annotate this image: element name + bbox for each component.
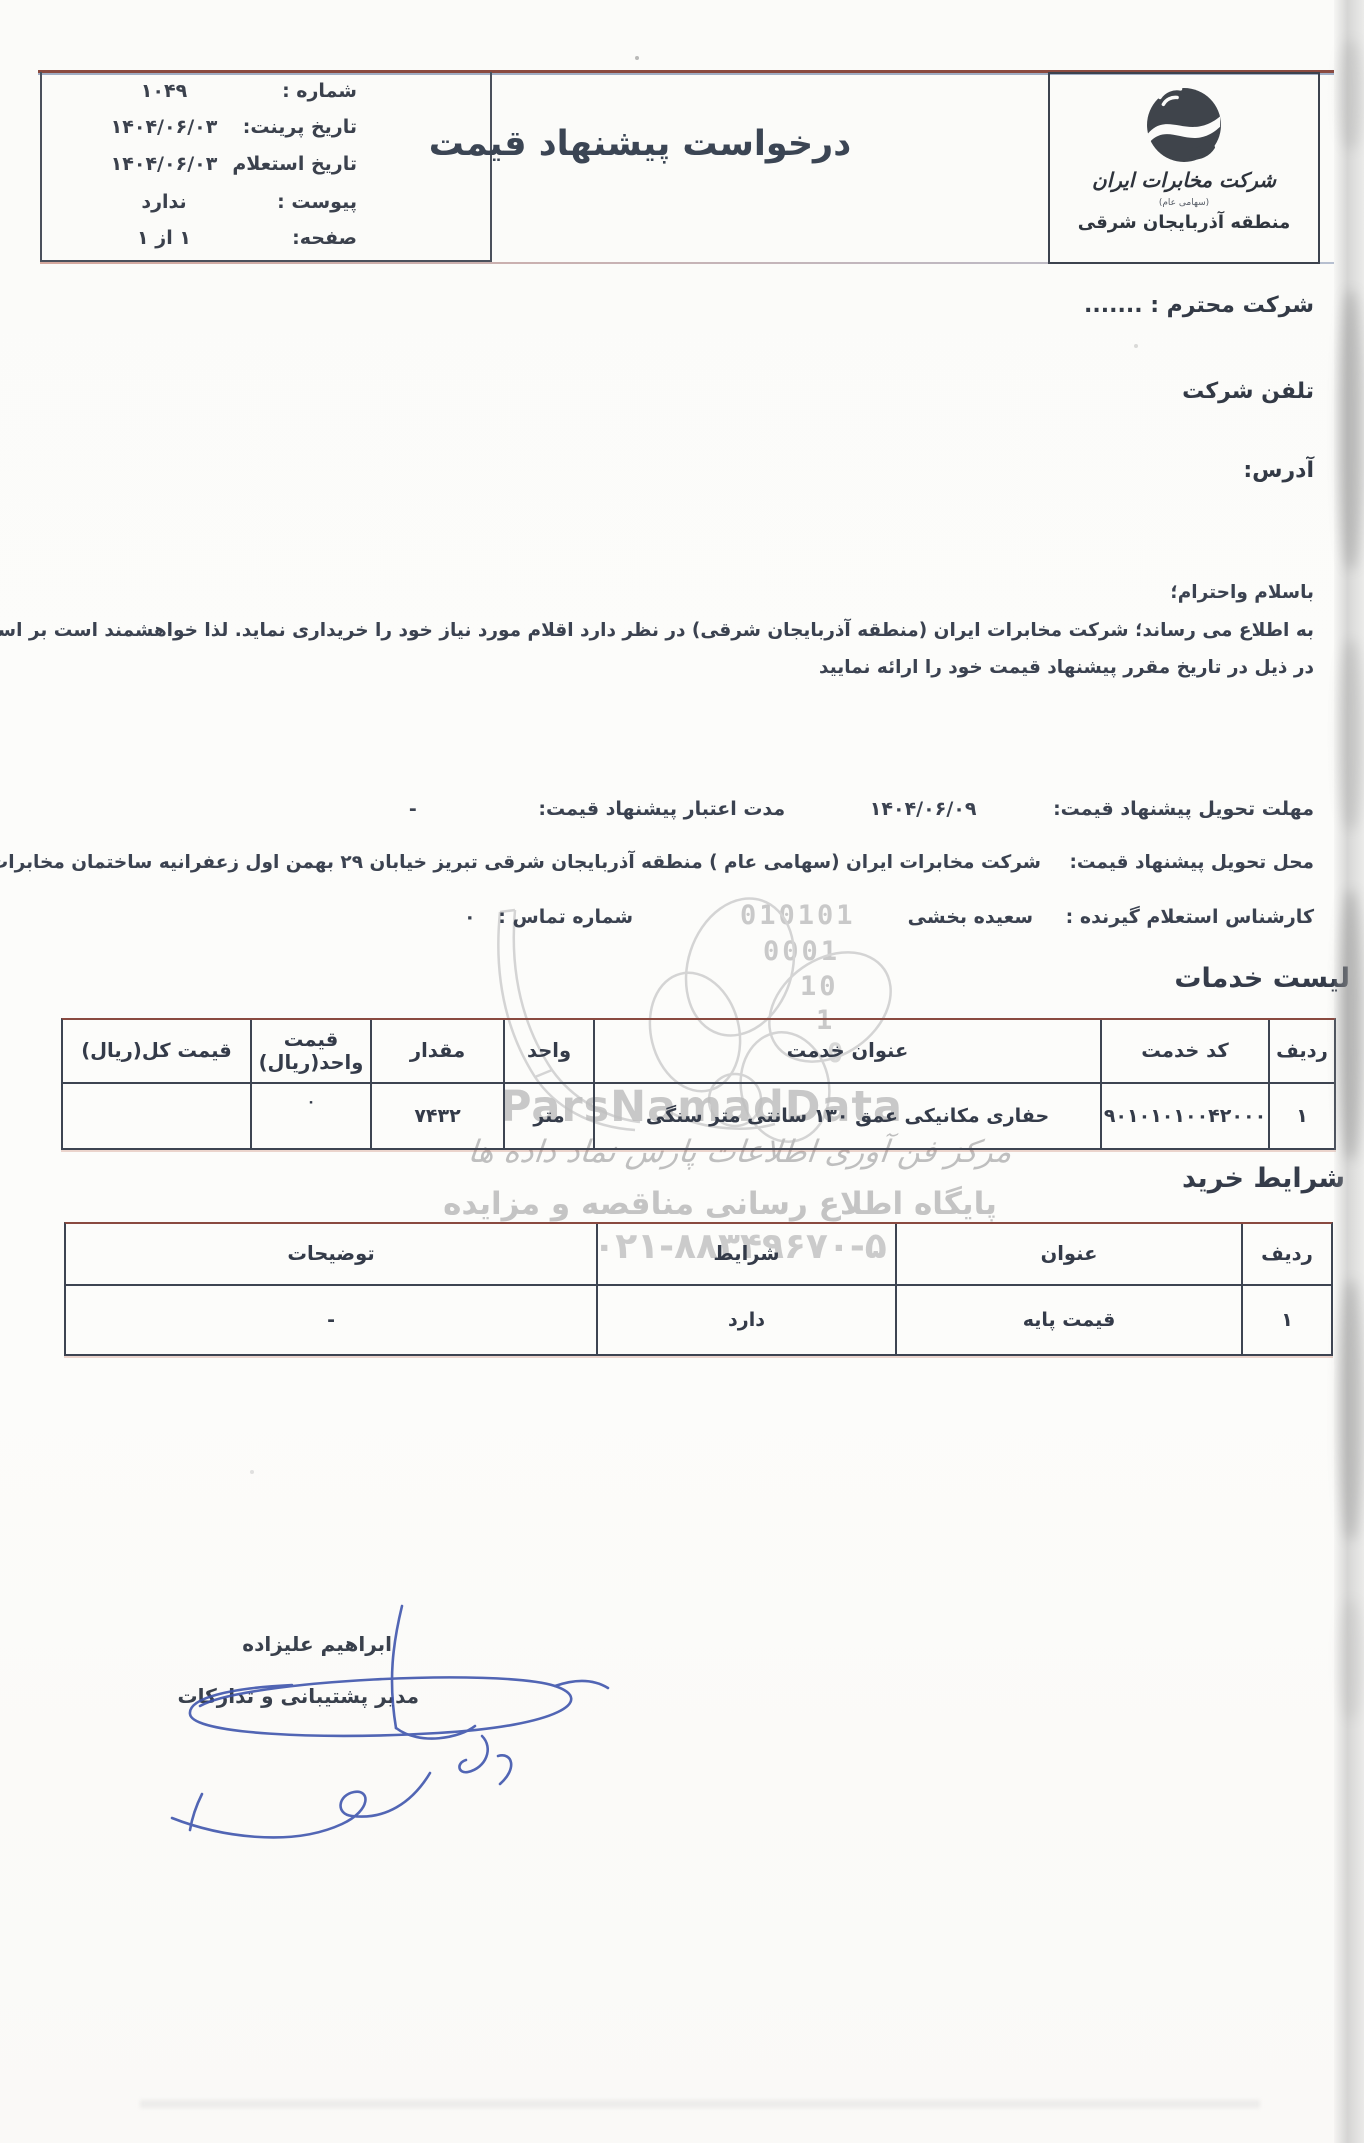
scan-speck-3 bbox=[250, 1470, 254, 1474]
conditions-col-header-condition: شرایط bbox=[596, 1224, 895, 1286]
scan-blob-6 bbox=[1339, 1600, 1363, 1720]
body-paragraph-line2: در ذیل در تاریخ مقرر پیشنهاد قیمت خود را… bbox=[819, 657, 1314, 678]
services-row1-quantity: ۷۴۳۲ bbox=[370, 1084, 503, 1148]
conditions-row1-index: ۱ bbox=[1241, 1286, 1331, 1354]
scanned-document-page: 010101 0001 10 1 0 ParsNamadData مرکز فن… bbox=[0, 0, 1364, 2143]
body-paragraph-line1: به اطلاع می رساند؛ شرکت مخابرات ایران (م… bbox=[0, 620, 1314, 641]
services-row1-unit-price: ۰ bbox=[250, 1084, 370, 1148]
recipient-company-line: شرکت محترم : ....... bbox=[1084, 293, 1314, 318]
watermark-tagline-text: پایگاه اطلاع رسانی مناقصه و مزایده bbox=[440, 1186, 1000, 1222]
services-col-header-unit: واحد bbox=[503, 1020, 593, 1084]
services-col-header-row-index: ردیف bbox=[1268, 1020, 1334, 1084]
inquiry-date-label: تاریخ استعلام bbox=[232, 153, 357, 175]
number-label: شماره : bbox=[282, 80, 357, 102]
print-date-value: ۱۴۰۴/۰۶/۰۳ bbox=[84, 116, 244, 138]
services-col-header-quantity: مقدار bbox=[370, 1020, 503, 1084]
services-row1-total-price bbox=[63, 1084, 250, 1148]
meta-row-attachment: پیوست : ندارد bbox=[42, 191, 490, 217]
page-value: ۱ از ۱ bbox=[84, 227, 244, 249]
logo-company-subtitle: (سهامی عام) bbox=[1050, 198, 1318, 208]
logo-company-name: شرکت مخابرات ایران bbox=[1050, 168, 1318, 192]
scan-bottom-streak bbox=[140, 2100, 1260, 2108]
deadline-label: مهلت تحویل پیشنهاد قیمت: bbox=[1053, 798, 1314, 820]
meta-row-page: صفحه: ۱ از ۱ bbox=[42, 227, 490, 253]
services-col-header-unit-price: قیمت واحد(ریال) bbox=[250, 1020, 370, 1084]
contact-label: شماره تماس : bbox=[498, 906, 633, 928]
delivery-row: محل تحویل پیشنهاد قیمت: شرکت مخابرات ایر… bbox=[0, 852, 1314, 873]
expert-value: سعیده بخشی bbox=[908, 906, 1033, 928]
page-label: صفحه: bbox=[292, 227, 357, 249]
contact-value: ۰ bbox=[464, 906, 476, 928]
print-date-label: تاریخ پرینت: bbox=[243, 116, 357, 138]
conditions-row1-condition: دارد bbox=[596, 1286, 895, 1354]
conditions-col-header-title: عنوان bbox=[895, 1224, 1241, 1286]
scan-blob-4 bbox=[1339, 890, 1363, 1160]
conditions-row1-notes: - bbox=[66, 1286, 596, 1354]
document-meta-box: شماره : ۱۰۴۹ تاریخ پرینت: ۱۴۰۴/۰۶/۰۳ تار… bbox=[40, 72, 492, 262]
handwritten-signature bbox=[130, 1588, 630, 1868]
number-value: ۱۰۴۹ bbox=[84, 80, 244, 102]
validity-value: - bbox=[409, 798, 417, 820]
attachment-label: پیوست : bbox=[277, 191, 357, 213]
logo-region-name: منطقه آذربایجان شرقی bbox=[1050, 212, 1318, 233]
tci-globe-logo-icon bbox=[1141, 82, 1227, 168]
conditions-row1-title: قیمت پایه bbox=[895, 1286, 1241, 1354]
salutation-line: باسلام واحترام؛ bbox=[1170, 582, 1314, 603]
recipient-phone-line: تلفن شرکت bbox=[1182, 379, 1314, 404]
recipient-address-line: آدرس: bbox=[1243, 458, 1314, 483]
expert-row: کارشناس استعلام گیرنده : سعیده بخشی شمار… bbox=[464, 906, 1314, 928]
company-logo-box: شرکت مخابرات ایران (سهامی عام) منطقه آذر… bbox=[1048, 72, 1320, 264]
conditions-col-header-notes: توضیحات bbox=[66, 1224, 596, 1286]
services-row1-service-title: حفاری مکانیکی عمق ۱۳۰ سانتی متر سنگی bbox=[593, 1084, 1100, 1148]
services-col-header-total-price: قیمت کل(ریال) bbox=[63, 1020, 250, 1084]
deadline-row: مهلت تحویل پیشنهاد قیمت: ۱۴۰۴/۰۶/۰۹ مدت … bbox=[409, 798, 1314, 820]
conditions-table: ردیف عنوان شرایط توضیحات ۱ قیمت پایه دار… bbox=[64, 1222, 1333, 1356]
services-section-heading: لیست خدمات bbox=[1174, 963, 1350, 994]
validity-label: مدت اعتبار پیشنهاد قیمت: bbox=[538, 798, 785, 820]
services-row1-service-code: ۹۰۱۰۱۰۱۰۰۴۲۰۰۰ bbox=[1100, 1084, 1268, 1148]
deadline-value: ۱۴۰۴/۰۶/۰۹ bbox=[870, 798, 977, 820]
scan-blob-2 bbox=[1339, 290, 1363, 570]
meta-row-number: شماره : ۱۰۴۹ bbox=[42, 80, 490, 106]
delivery-value: شرکت مخابرات ایران (سهامی عام ) منطقه آذ… bbox=[0, 852, 1041, 873]
conditions-section-heading: شرایط خرید bbox=[1182, 1163, 1345, 1194]
services-row1-index: ۱ bbox=[1268, 1084, 1334, 1148]
services-col-header-service-title: عنوان خدمت bbox=[593, 1020, 1100, 1084]
scan-speck-2 bbox=[1134, 344, 1138, 348]
attachment-value: ندارد bbox=[84, 191, 244, 213]
scan-blob-1 bbox=[1339, 40, 1363, 150]
scan-edge-artifact-band bbox=[1334, 0, 1364, 2143]
document-title: درخواست پیشنهاد قیمت bbox=[360, 124, 920, 164]
scan-blob-5 bbox=[1339, 1280, 1363, 1540]
delivery-label: محل تحویل پیشنهاد قیمت: bbox=[1069, 852, 1314, 873]
inquiry-date-value: ۱۴۰۴/۰۶/۰۳ bbox=[84, 153, 244, 175]
services-table: ردیف کد خدمت عنوان خدمت واحد مقدار قیمت … bbox=[61, 1018, 1336, 1150]
conditions-col-header-row-index: ردیف bbox=[1241, 1224, 1331, 1286]
services-col-header-service-code: کد خدمت bbox=[1100, 1020, 1268, 1084]
services-row1-unit: متر bbox=[503, 1084, 593, 1148]
scan-blob-3 bbox=[1339, 640, 1363, 830]
scan-speck-1 bbox=[635, 56, 639, 60]
expert-label: کارشناس استعلام گیرنده : bbox=[1066, 906, 1314, 928]
